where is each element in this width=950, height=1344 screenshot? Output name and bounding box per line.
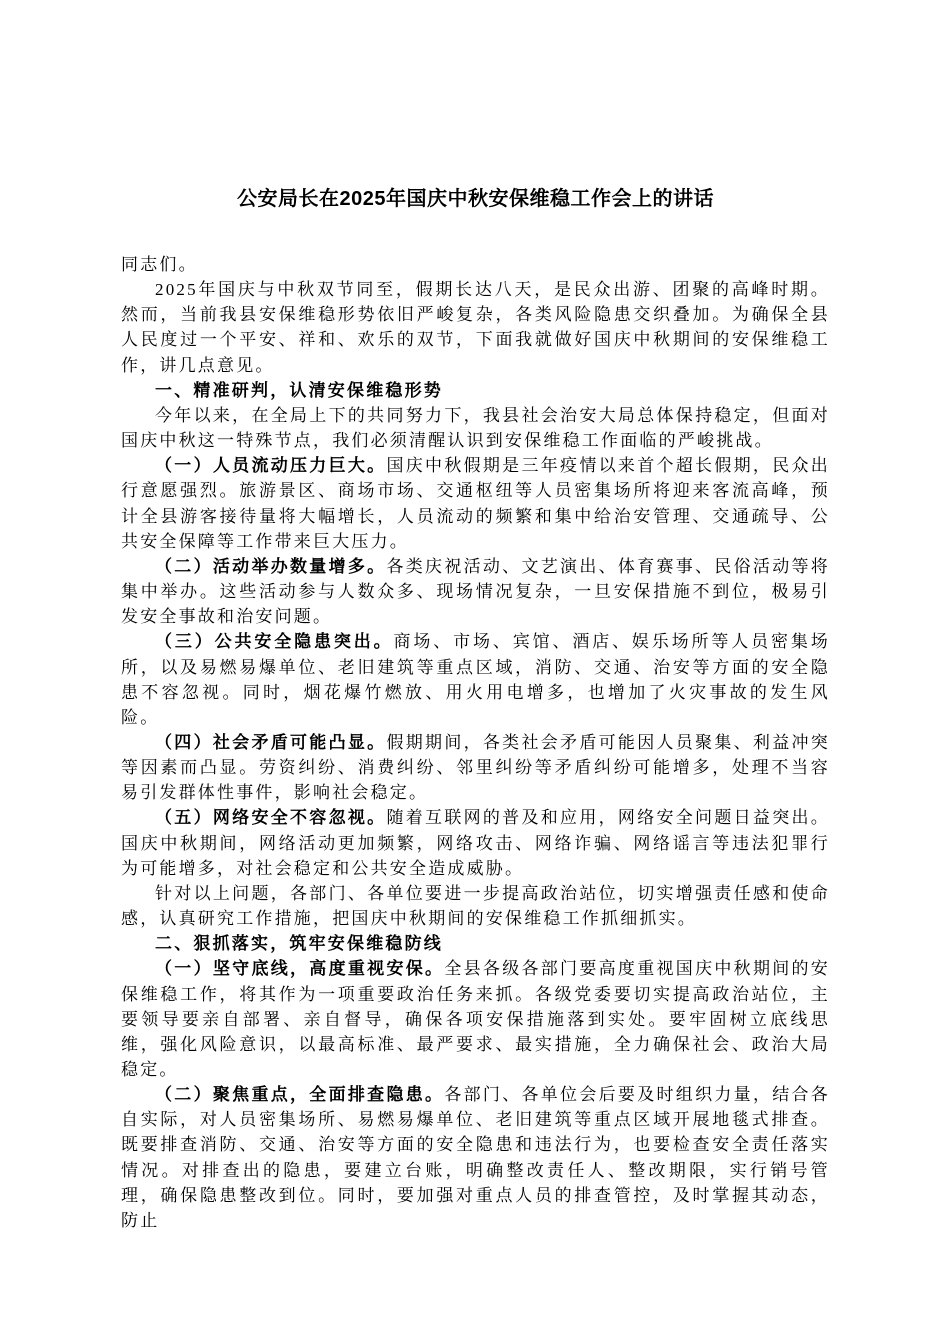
paragraph-lead: （五）网络安全不容忽视。 <box>155 808 386 827</box>
section-2-point-2: （二）聚焦重点，全面排查隐患。各部门、各单位会后要及时组织力量，结合各自实际，对… <box>121 1082 830 1233</box>
paragraph-lead: （二）聚焦重点，全面排查隐患。 <box>155 1085 444 1104</box>
paragraph-text: 针对以上问题，各部门、各单位要进一步提高政治站位，切实增强责任感和使命感，认真研… <box>121 884 830 928</box>
document-page: 公安局长在2025年国庆中秋安保维稳工作会上的讲话 同志们。 2025年国庆与中… <box>0 0 950 1344</box>
section-2-point-1: （一）坚守底线，高度重视安保。全县各级各部门要高度重视国庆中秋期间的安保维稳工作… <box>121 956 830 1082</box>
section-1-paragraph-overview: 今年以来，在全局上下的共同努力下，我县社会治安大局总体保持稳定，但面对国庆中秋这… <box>121 403 830 453</box>
section-1-heading: 一、精准研判，认清安保维稳形势 <box>121 378 830 403</box>
section-1-point-3: （三）公共安全隐患突出。商场、市场、宾馆、酒店、娱乐场所等人员密集场所，以及易燃… <box>121 629 830 730</box>
paragraph-lead: （三）公共安全隐患突出。 <box>155 632 393 651</box>
section-1-point-1: （一）人员流动压力巨大。国庆中秋假期是三年疫情以来首个超长假期，民众出行意愿强烈… <box>121 453 830 554</box>
document-title: 公安局长在2025年国庆中秋安保维稳工作会上的讲话 <box>121 186 830 212</box>
paragraph-lead: （四）社会矛盾可能凸显。 <box>155 733 386 752</box>
paragraph-lead: （一）人员流动压力巨大。 <box>155 456 386 475</box>
paragraph-text: 各部门、各单位会后要及时组织力量，结合各自实际，对人员密集场所、易燃易爆单位、老… <box>121 1085 830 1230</box>
salutation: 同志们。 <box>121 252 830 277</box>
section-1-point-4: （四）社会矛盾可能凸显。假期期间，各类社会矛盾可能因人员聚集、利益冲突等因素而凸… <box>121 730 830 805</box>
intro-paragraph: 2025年国庆与中秋双节同至，假期长达八天，是民众出游、团聚的高峰时期。然而，当… <box>121 277 830 378</box>
paragraph-lead: （二）活动举办数量增多。 <box>155 557 386 576</box>
section-1-point-2: （二）活动举办数量增多。各类庆祝活动、文艺演出、体育赛事、民俗活动等将集中举办。… <box>121 554 830 629</box>
section-2-heading: 二、狠抓落实，筑牢安保维稳防线 <box>121 931 830 956</box>
paragraph-lead: （一）坚守底线，高度重视安保。 <box>155 959 444 978</box>
paragraph-text: 今年以来，在全局上下的共同努力下，我县社会治安大局总体保持稳定，但面对国庆中秋这… <box>121 406 830 450</box>
section-1-paragraph-summary: 针对以上问题，各部门、各单位要进一步提高政治站位，切实增强责任感和使命感，认真研… <box>121 881 830 931</box>
section-1-point-5: （五）网络安全不容忽视。随着互联网的普及和应用，网络安全问题日益突出。国庆中秋期… <box>121 805 830 880</box>
